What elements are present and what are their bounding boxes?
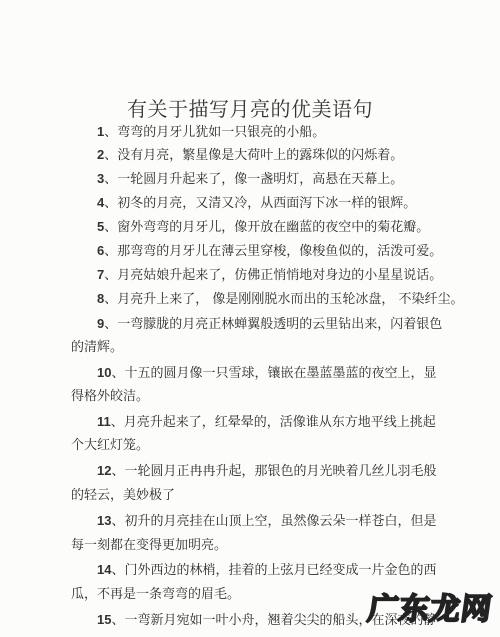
item-number: 15	[97, 612, 111, 627]
list-item: 14、门外西边的林梢，挂着的上弦月已经变成一片金色的西	[97, 562, 437, 579]
item-separator: 、	[104, 148, 117, 163]
item-text: 弯弯的月牙儿犹如一只银亮的小船。	[117, 125, 325, 140]
list-item-continuation: 每一刻都在变得更加明亮。	[71, 538, 227, 554]
list-item: 5、窗外弯弯的月牙儿，像开放在幽蓝的夜空中的菊花瓣。	[97, 219, 429, 236]
item-separator: 、	[111, 366, 124, 381]
list-item: 2、没有月亮，繁星像是大荷叶上的露珠似的闪烁着。	[97, 147, 403, 164]
item-number: 13	[97, 513, 111, 528]
item-text: 门外西边的林梢，挂着的上弦月已经变成一片金色的西	[124, 563, 436, 578]
item-text: 月亮姑娘升起来了，仿佛正悄悄地对身边的小星星说话。	[117, 268, 442, 283]
item-separator: 、	[104, 292, 117, 307]
item-text: 一弯朦胧的月亮正林蝉翼般透明的云里钻出来，闪着银色	[117, 317, 442, 332]
list-item: 12、一轮圆月正冉冉升起，那银色的月光映着几丝儿羽毛般	[97, 463, 437, 480]
item-number: 10	[97, 365, 111, 380]
item-separator: 、	[111, 613, 124, 628]
list-item-continuation: 个大红灯笼。	[71, 438, 149, 454]
item-separator: 、	[104, 244, 117, 259]
page-title: 有关于描写月亮的优美语句	[0, 93, 500, 122]
list-item-continuation: 得格外皎洁。	[71, 389, 149, 405]
item-text: 一轮圆月升起来了，像一盏明灯，高悬在天幕上。	[117, 172, 403, 187]
item-text: 一轮圆月正冉冉升起，那银色的月光映着几丝儿羽毛般	[124, 464, 436, 479]
item-separator: 、	[104, 268, 117, 283]
list-item-continuation: 的清辉。	[71, 340, 123, 356]
list-item: 7、月亮姑娘升起来了，仿佛正悄悄地对身边的小星星说话。	[97, 267, 442, 284]
item-separator: 、	[104, 172, 117, 187]
list-item: 3、一轮圆月升起来了，像一盏明灯，高悬在天幕上。	[97, 171, 403, 188]
list-item-continuation: 的轻云，美妙极了	[71, 488, 175, 504]
item-separator: 、	[111, 464, 124, 479]
list-item: 11、月亮升起来了，红晕晕的，活像谁从东方地平线上挑起	[97, 414, 436, 431]
item-text: 十五的圆月像一只雪球，镶嵌在墨蓝墨蓝的夜空上，显	[124, 366, 436, 381]
list-item: 6、那弯弯的月牙儿在薄云里穿梭，像梭鱼似的，活泼可爱。	[97, 243, 442, 260]
watermark-logo: 广东龙网	[366, 594, 494, 626]
item-separator: 、	[111, 514, 124, 529]
item-separator: 、	[104, 125, 117, 140]
item-separator: 、	[111, 415, 124, 430]
item-separator: 、	[111, 563, 124, 578]
item-text: 初冬的月亮，又清又冷，从西面泻下冰一样的银辉。	[117, 196, 416, 211]
item-text: 月亮升起来了，红晕晕的，活像谁从东方地平线上挑起	[124, 415, 436, 430]
item-text: 没有月亮，繁星像是大荷叶上的露珠似的闪烁着。	[117, 148, 403, 163]
list-item: 1、弯弯的月牙儿犹如一只银亮的小船。	[97, 124, 325, 141]
item-text: 初升的月亮挂在山顶上空，虽然像云朵一样苍白，但是	[124, 514, 436, 529]
item-text: 那弯弯的月牙儿在薄云里穿梭，像梭鱼似的，活泼可爱。	[117, 244, 442, 259]
item-separator: 、	[104, 196, 117, 211]
list-item: 13、初升的月亮挂在山顶上空，虽然像云朵一样苍白，但是	[97, 513, 437, 530]
list-item: 10、十五的圆月像一只雪球，镶嵌在墨蓝墨蓝的夜空上，显	[97, 365, 437, 382]
item-separator: 、	[104, 220, 117, 235]
list-item-continuation: 瓜，不再是一条弯弯的眉毛。	[71, 587, 240, 603]
item-text: 窗外弯弯的月牙儿，像开放在幽蓝的夜空中的菊花瓣。	[117, 220, 429, 235]
list-item: 4、初冬的月亮，又清又冷，从西面泻下冰一样的银辉。	[97, 195, 416, 212]
list-item: 9、一弯朦胧的月亮正林蝉翼般透明的云里钻出来，闪着银色	[97, 316, 442, 333]
item-separator: 、	[104, 317, 117, 332]
item-number: 12	[97, 463, 111, 478]
item-number: 11	[97, 414, 111, 429]
item-number: 14	[97, 562, 111, 577]
list-item: 8、月亮升上来了， 像是刚刚脱水而出的玉轮冰盘， 不染纤尘。	[97, 291, 464, 308]
item-text: 月亮升上来了， 像是刚刚脱水而出的玉轮冰盘， 不染纤尘。	[117, 292, 463, 307]
